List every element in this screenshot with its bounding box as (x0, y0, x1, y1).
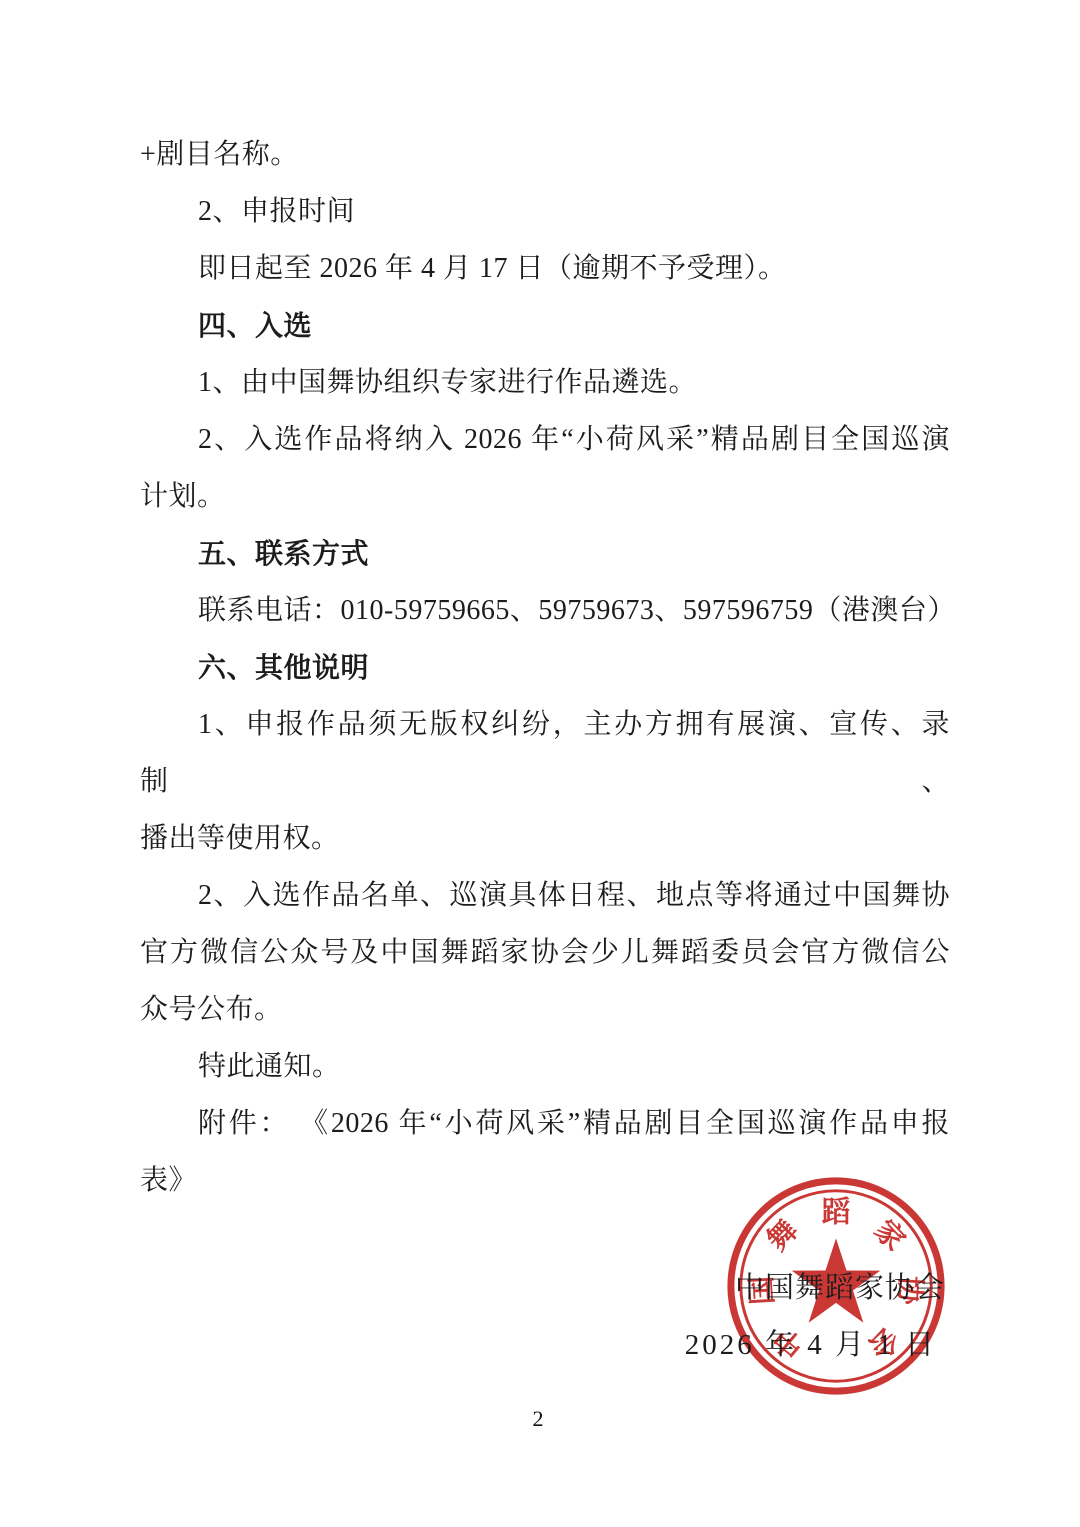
signature-org: 中国舞蹈家协会 (735, 1266, 945, 1310)
text-line: 2、入选作品将纳入 2026 年“小荷风采”精品剧目全国巡演 (140, 411, 950, 468)
text-line: 计划。 (140, 468, 950, 525)
signature-date: 2026 年 4 月 1 日 (685, 1323, 937, 1367)
seal-ring-char: 蹈 (822, 1197, 851, 1229)
page-number: 2 (0, 1406, 1076, 1432)
text-line: 1、申报作品须无版权纠纷，主办方拥有展演、宣传、录制、 (140, 696, 950, 810)
text-line: 特此通知。 (140, 1038, 950, 1095)
text-line: 附件： 《2026 年“小荷风采”精品剧目全国巡演作品申报 (140, 1095, 950, 1152)
text-line: 播出等使用权。 (140, 810, 950, 867)
notice-body: +剧目名称。 2、申报时间 即日起至 2026 年 4 月 17 日（逾期不予受… (140, 126, 950, 1209)
text-line: 官方微信公众号及中国舞蹈家协会少儿舞蹈委员会官方微信公 (140, 924, 950, 981)
text-line: 1、由中国舞协组织专家进行作品遴选。 (140, 354, 950, 411)
text-line: 众号公布。 (140, 981, 950, 1038)
section-heading: 六、其他说明 (140, 639, 950, 696)
text-line: 即日起至 2026 年 4 月 17 日（逾期不予受理）。 (140, 240, 950, 297)
text-line: +剧目名称。 (140, 126, 950, 183)
text-line: 2、入选作品名单、巡演具体日程、地点等将通过中国舞协 (140, 867, 950, 924)
text-line: 联系电话：010-59759665、59759673、597596759（港澳台… (140, 582, 950, 639)
section-heading: 五、联系方式 (140, 525, 950, 582)
text-line: 2、申报时间 (140, 183, 950, 240)
section-heading: 四、入选 (140, 297, 950, 354)
